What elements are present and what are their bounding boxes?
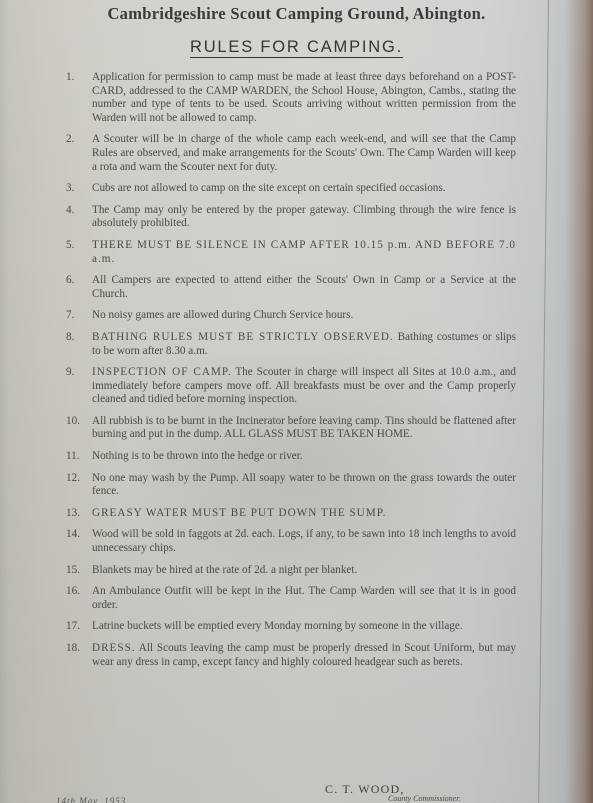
rule-text: No noisy games are allowed during Church…	[92, 309, 353, 321]
rule-number: 17.	[66, 620, 86, 634]
document-title: RULES FOR CAMPING.	[0, 38, 593, 57]
rule-text: Blankets may be hired at the rate of 2d.…	[92, 564, 357, 576]
rule-number: 4.	[66, 204, 86, 218]
rule-item: 2.A Scouter will be in charge of the who…	[66, 133, 516, 174]
rule-text: A Scouter will be in charge of the whole…	[92, 133, 516, 172]
rules-list: 1.Application for permission to camp mus…	[66, 71, 516, 677]
document-heading: Cambridgeshire Scout Camping Ground, Abi…	[0, 4, 593, 24]
rule-item: 4.The Camp may only be entered by the pr…	[66, 204, 516, 231]
rule-text: All Scouts leaving the camp must be prop…	[92, 642, 516, 668]
rules-document: Cambridgeshire Scout Camping Ground, Abi…	[0, 0, 593, 803]
rule-text: All rubbish is to be burnt in the Incine…	[92, 415, 516, 441]
rule-number: 11.	[66, 450, 86, 464]
rule-text: An Ambulance Outfit will be kept in the …	[92, 585, 516, 611]
rule-number: 15.	[66, 564, 86, 578]
rule-item: 15.Blankets may be hired at the rate of …	[66, 564, 516, 578]
rule-number: 14.	[66, 528, 86, 542]
rule-item: 11.Nothing is to be thrown into the hedg…	[66, 450, 516, 464]
rule-number: 12.	[66, 472, 86, 486]
rule-item: 14.Wood will be sold in faggots at 2d. e…	[66, 528, 516, 555]
rule-item: 9.INSPECTION OF CAMP. The Scouter in cha…	[66, 366, 516, 407]
rule-number: 9.	[66, 366, 86, 380]
rule-text: Cubs are not allowed to camp on the site…	[92, 182, 446, 194]
document-date: 14th May, 1953	[56, 796, 126, 803]
rule-text: Wood will be sold in faggots at 2d. each…	[92, 528, 516, 554]
rule-text: Application for permission to camp must …	[92, 71, 516, 124]
rule-lead: GREASY WATER MUST BE PUT DOWN THE SUMP.	[92, 507, 386, 519]
rule-item: 6.All Campers are expected to attend eit…	[66, 274, 516, 301]
document-title-text: RULES FOR CAMPING.	[190, 38, 403, 58]
signature-title: County Commissioner.	[388, 794, 460, 803]
rule-number: 3.	[66, 182, 86, 196]
rule-number: 7.	[66, 309, 86, 323]
rule-lead: DRESS.	[92, 642, 136, 654]
rule-text: The Camp may only be entered by the prop…	[92, 204, 516, 230]
rule-item: 13.GREASY WATER MUST BE PUT DOWN THE SUM…	[66, 507, 516, 521]
rule-number: 2.	[66, 133, 86, 147]
rule-item: 7.No noisy games are allowed during Chur…	[66, 309, 516, 323]
rule-lead: BATHING RULES MUST BE STRICTLY OBSERVED.	[92, 331, 394, 343]
rule-item: 5.THERE MUST BE SILENCE IN CAMP AFTER 10…	[66, 239, 516, 266]
rule-text: No one may wash by the Pump. All soapy w…	[92, 472, 516, 498]
rule-lead: INSPECTION OF CAMP.	[92, 366, 232, 378]
rule-item: 8.BATHING RULES MUST BE STRICTLY OBSERVE…	[66, 331, 516, 358]
rule-text: Latrine buckets will be emptied every Mo…	[92, 620, 463, 632]
rule-number: 8.	[66, 331, 86, 345]
rule-number: 13.	[66, 507, 86, 521]
rule-item: 18.DRESS. All Scouts leaving the camp mu…	[66, 642, 516, 669]
rule-item: 17.Latrine buckets will be emptied every…	[66, 620, 516, 634]
rule-number: 1.	[66, 71, 86, 85]
rule-text: Nothing is to be thrown into the hedge o…	[92, 450, 303, 462]
rule-number: 16.	[66, 585, 86, 599]
rule-text: All Campers are expected to attend eithe…	[92, 274, 516, 300]
rule-item: 12.No one may wash by the Pump. All soap…	[66, 472, 516, 499]
rule-number: 18.	[66, 642, 86, 656]
rule-number: 10.	[66, 415, 86, 429]
rule-number: 5.	[66, 239, 86, 253]
rule-item: 1.Application for permission to camp mus…	[66, 71, 516, 125]
rule-number: 6.	[66, 274, 86, 288]
rule-item: 16.An Ambulance Outfit will be kept in t…	[66, 585, 516, 612]
rule-item: 10.All rubbish is to be burnt in the Inc…	[66, 415, 516, 442]
rule-item: 3.Cubs are not allowed to camp on the si…	[66, 182, 516, 196]
rule-lead: THERE MUST BE SILENCE IN CAMP AFTER 10.1…	[92, 239, 516, 265]
